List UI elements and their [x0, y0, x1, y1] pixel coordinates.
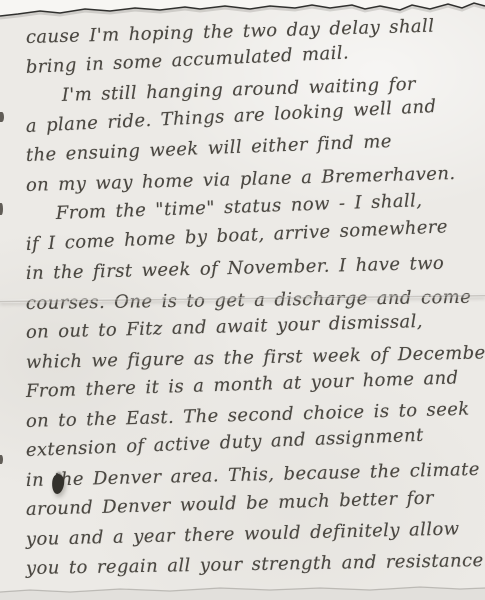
letter-page: cause I'm hoping the two day delay shall…: [0, 0, 485, 600]
edge-mark: [0, 112, 4, 122]
page-bottom-edge: [0, 576, 485, 600]
edge-mark: [0, 203, 3, 215]
edge-mark: [0, 455, 3, 464]
letter-body: cause I'm hoping the two day delay shall…: [26, 23, 474, 584]
